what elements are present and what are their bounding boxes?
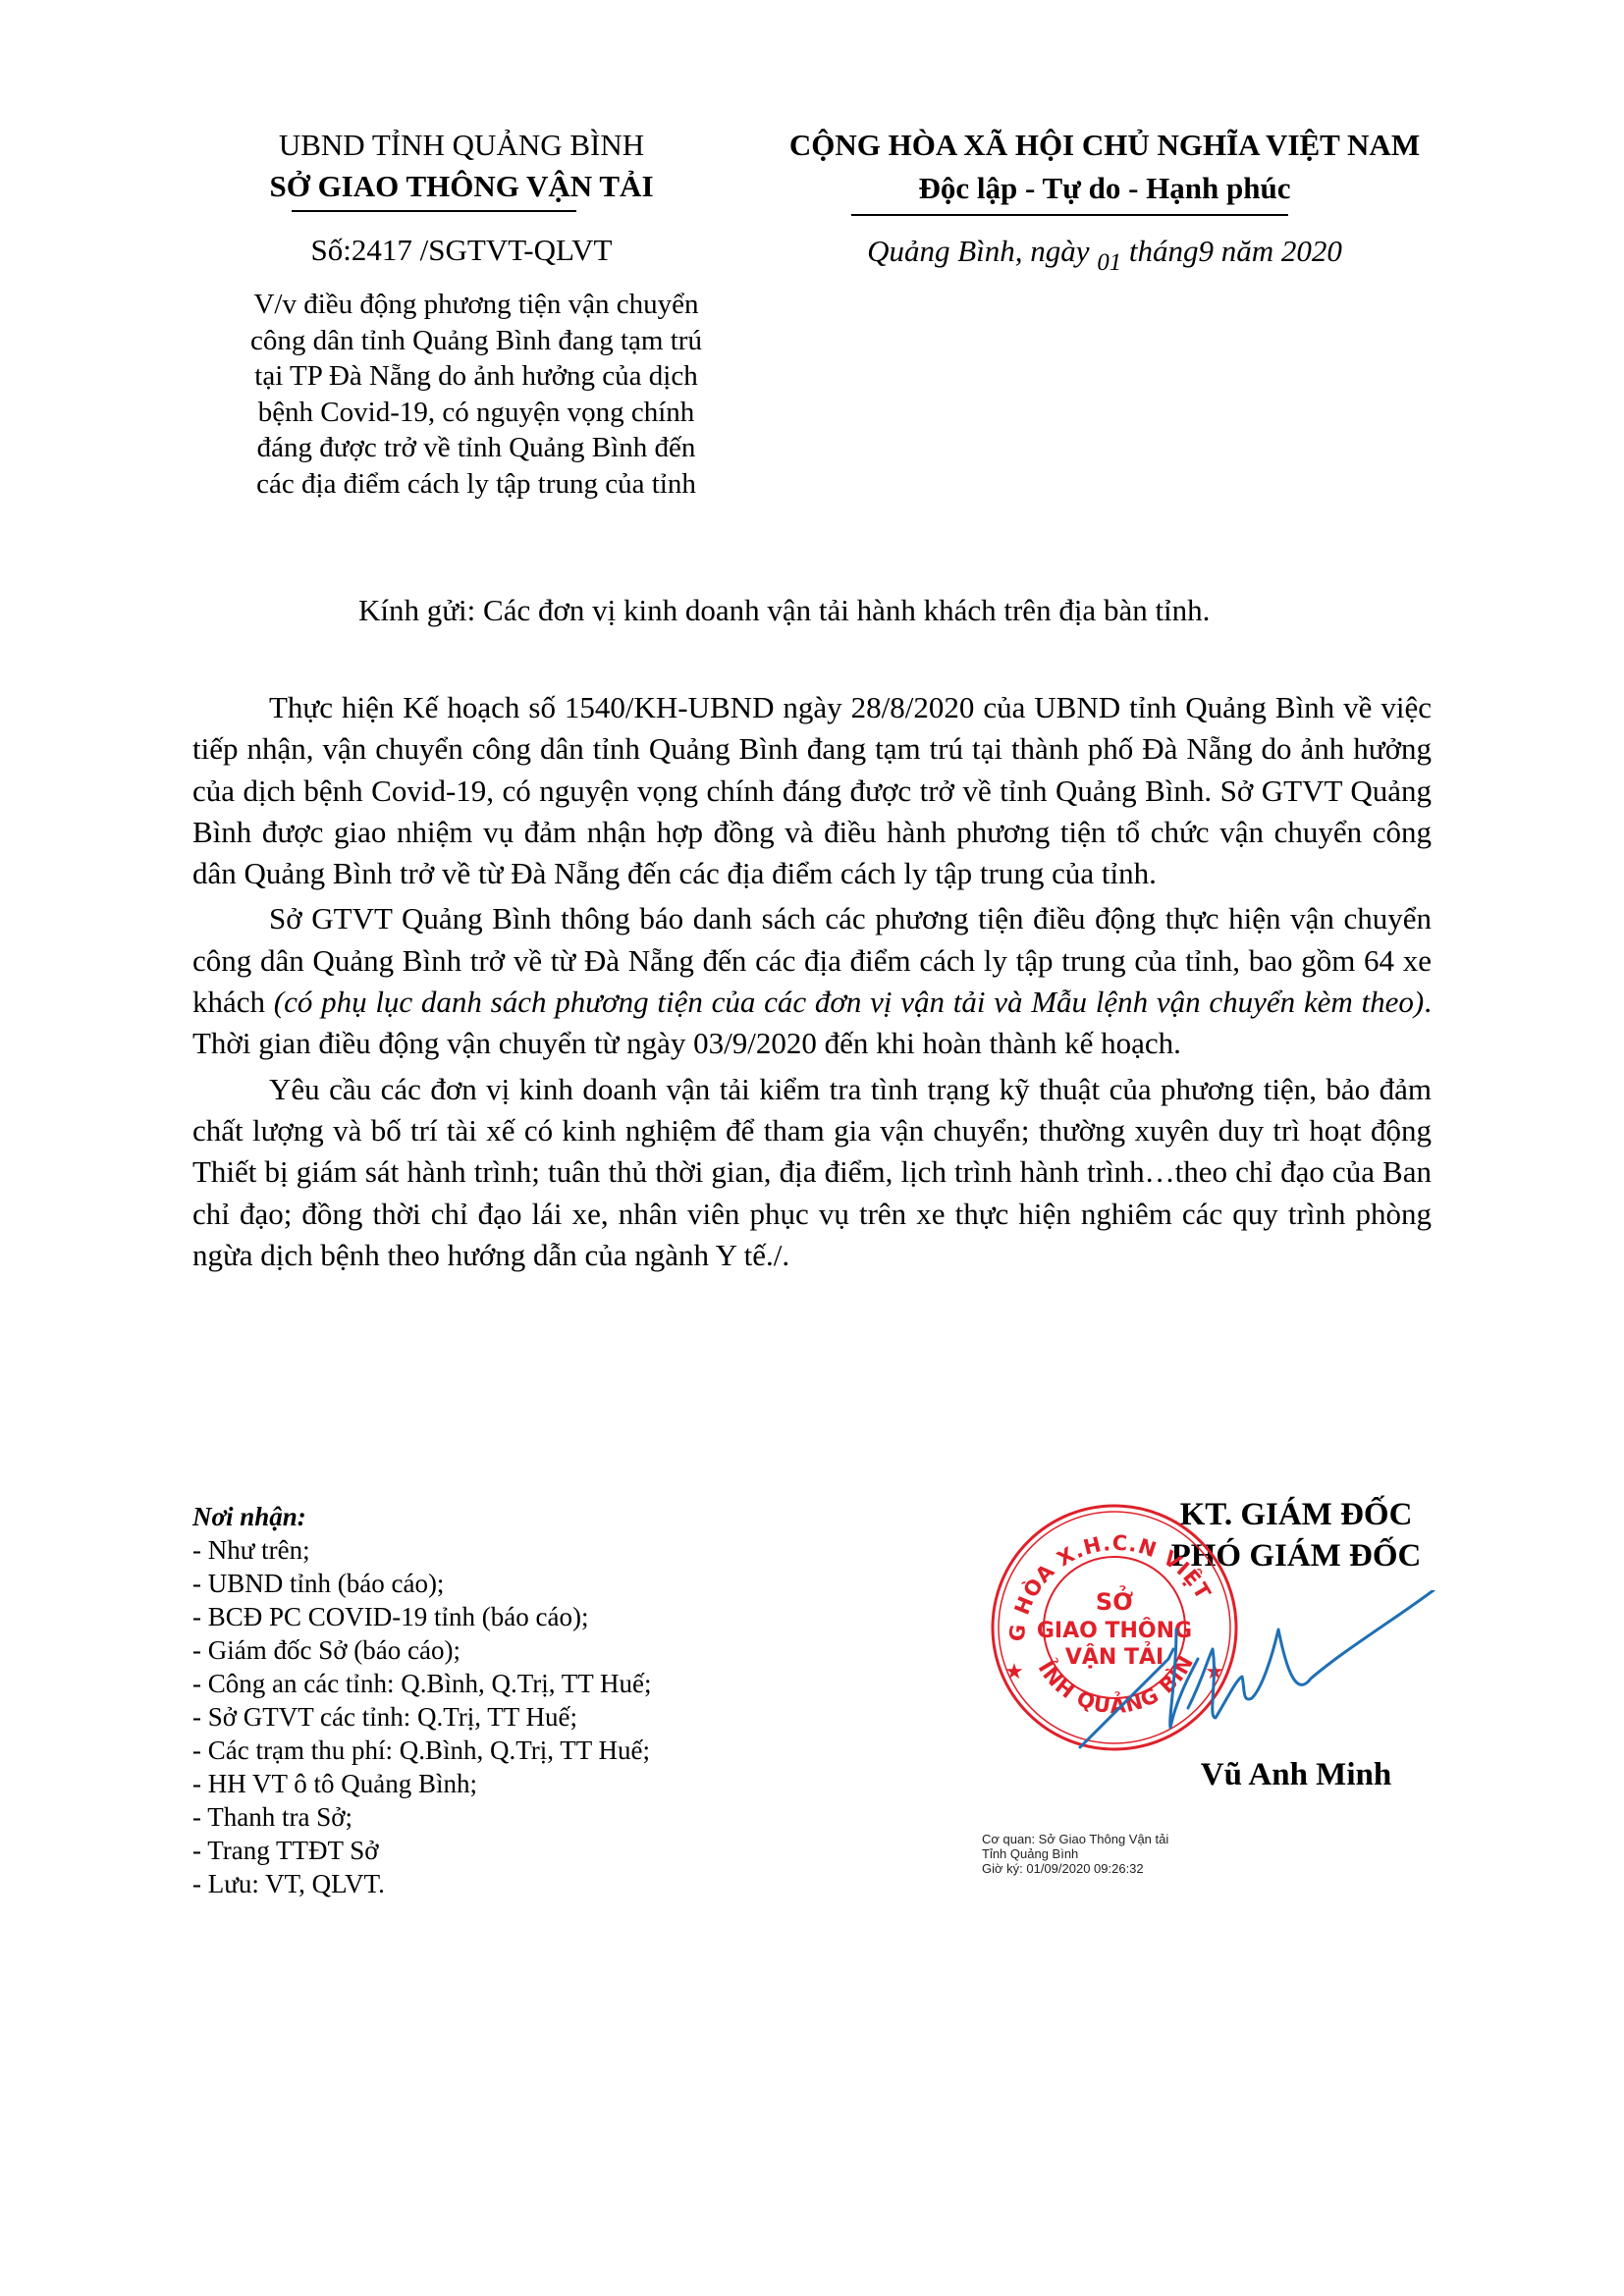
subject-line: bệnh Covid-19, có nguyện vọng chính bbox=[216, 395, 736, 431]
motto-underline bbox=[851, 214, 1288, 216]
recipient-item: - Sở GTVT các tỉnh: Q.Trị, TT Huế; bbox=[192, 1700, 801, 1734]
recipient-item: - Lưu: VT, QLVT. bbox=[192, 1867, 801, 1900]
date-month-label: tháng bbox=[1129, 234, 1199, 268]
appendix-note: (có phụ lục danh sách phương tiện của cá… bbox=[274, 985, 1424, 1019]
country-name: CỘNG HÒA XÃ HỘI CHỦ NGHĨA VIỆT NAM bbox=[722, 128, 1488, 163]
subject-line: các địa điểm cách ly tập trung của tỉnh bbox=[216, 466, 736, 503]
signer-name: Vũ Anh Minh bbox=[1060, 1757, 1532, 1793]
recipients-title: Nơi nhận: bbox=[192, 1500, 801, 1533]
subject-line: tại TP Đà Nẵng do ảnh hưởng của dịch bbox=[216, 358, 736, 395]
recipient-item: - UBND tỉnh (báo cáo); bbox=[192, 1567, 801, 1600]
issue-date: Quảng Bình, ngày 01 tháng9 năm 2020 bbox=[722, 234, 1488, 272]
body-paragraph-2: Sở GTVT Quảng Bình thông báo danh sách c… bbox=[192, 898, 1432, 1064]
signer-name-wrap: Vũ Anh Minh bbox=[1060, 1757, 1532, 1793]
subject-line: V/v điều động phương tiện vận chuyển bbox=[216, 287, 736, 323]
national-motto: Độc lập - Tự do - Hạnh phúc bbox=[722, 171, 1488, 206]
document-number: Số:2417 /SGTVT-QLVT bbox=[196, 233, 727, 268]
agency-underline bbox=[292, 210, 576, 212]
date-prefix: Quảng Bình, ngày bbox=[867, 234, 1089, 268]
recipient-item: - Như trên; bbox=[192, 1533, 801, 1567]
date-month: 9 bbox=[1198, 234, 1214, 268]
subject-line: công dân tỉnh Quảng Bình đang tạm trú bbox=[216, 323, 736, 359]
handwritten-signature-icon bbox=[1060, 1590, 1443, 1767]
agency-parent: UBND TỈNH QUẢNG BÌNH bbox=[196, 128, 727, 163]
recipients-list: Nơi nhận: - Như trên; - UBND tỉnh (báo c… bbox=[192, 1500, 801, 1900]
digital-signature-time: Giờ ký: 01/09/2020 09:26:32 bbox=[982, 1861, 1168, 1876]
document-body: Thực hiện Kế hoạch số 1540/KH-UBND ngày … bbox=[192, 687, 1432, 1276]
agency-name: SỞ GIAO THÔNG VẬN TẢI bbox=[196, 169, 727, 204]
svg-text:★: ★ bbox=[1004, 1660, 1024, 1684]
recipient-item: - Trang TTĐT Sở bbox=[192, 1834, 801, 1867]
recipient-item: - Công an các tỉnh: Q.Bình, Q.Trị, TT Hu… bbox=[192, 1667, 801, 1700]
digital-signature-agency: Cơ quan: Sở Giao Thông Vận tải bbox=[982, 1832, 1168, 1846]
recipient-item: - BCĐ PC COVID-19 tỉnh (báo cáo); bbox=[192, 1600, 801, 1633]
recipient-item: - HH VT ô tô Quảng Bình; bbox=[192, 1767, 801, 1800]
addressee: Kính gửi: Các đơn vị kinh doanh vận tải … bbox=[358, 593, 1210, 628]
body-paragraph-1: Thực hiện Kế hoạch số 1540/KH-UBND ngày … bbox=[192, 687, 1432, 894]
recipient-item: - Các trạm thu phí: Q.Bình, Q.Trị, TT Hu… bbox=[192, 1734, 801, 1767]
subject-line: đáng được trở về tỉnh Quảng Bình đến bbox=[216, 430, 736, 466]
recipient-item: - Thanh tra Sở; bbox=[192, 1800, 801, 1834]
date-day: 01 bbox=[1097, 249, 1121, 276]
recipient-item: - Giám đốc Sở (báo cáo); bbox=[192, 1633, 801, 1667]
digital-signature-meta: Cơ quan: Sở Giao Thông Vận tải Tỉnh Quản… bbox=[982, 1832, 1168, 1876]
digital-signature-province: Tỉnh Quảng Bình bbox=[982, 1846, 1168, 1861]
body-paragraph-3: Yêu cầu các đơn vị kinh doanh vận tải ki… bbox=[192, 1069, 1432, 1276]
subject-block: V/v điều động phương tiện vận chuyển côn… bbox=[216, 287, 736, 502]
date-year: năm 2020 bbox=[1221, 234, 1342, 268]
